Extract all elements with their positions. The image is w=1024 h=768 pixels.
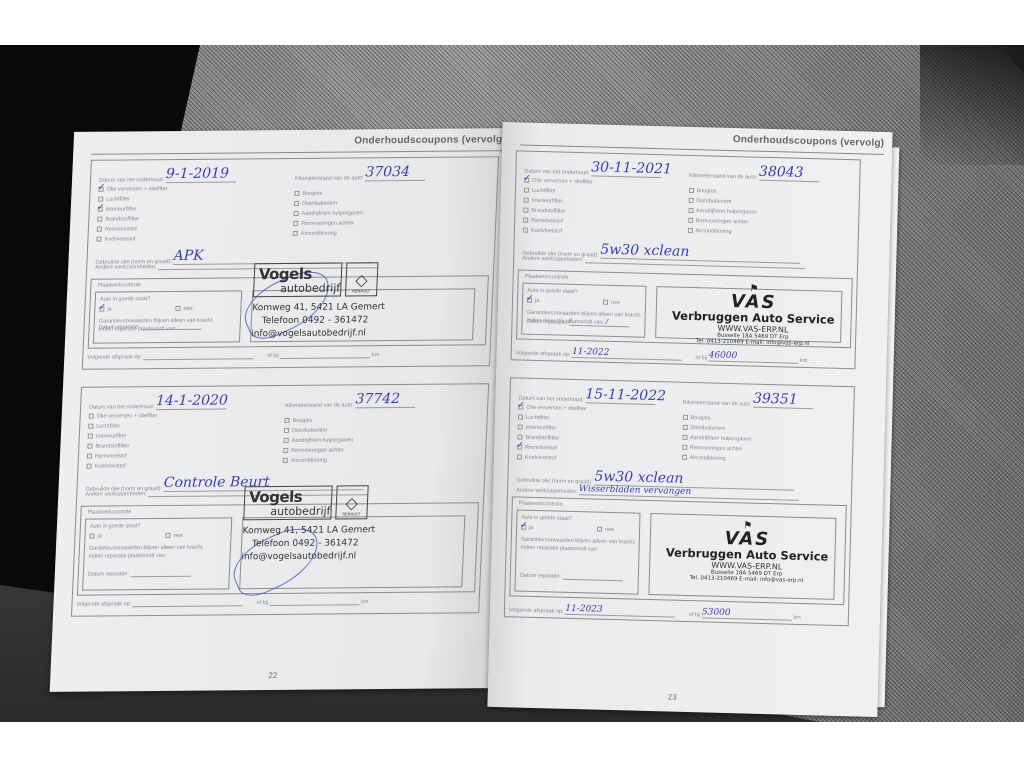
checklist-label: Luchtfilter [106,196,130,202]
mileage-label: Kilometerstand van de auto: [689,173,758,181]
mileage-value: 37742 [355,391,400,407]
checkbox [284,418,289,423]
checkbox [688,218,693,223]
checklist-label: Remvloeistof [525,445,557,452]
repair-date-field [562,579,622,582]
next-appointment-label: Volgende afspraak op: [509,607,564,614]
next-appointment-label: Volgende afspraak op: [76,601,131,607]
next-appointment-value: 11-2023 [565,604,603,615]
checklist-label: Distributieriem [302,201,337,207]
page-header: Onderhoudscoupons (vervolg) [733,134,885,149]
next-km-field: 46000 [708,350,798,363]
checklist-label: Koelvloeistof [94,463,125,469]
yes-label: ja [535,298,539,304]
no-label: nee [183,306,192,312]
checklist-label: Bougies [696,188,716,195]
checklist-label: Remvloeistof [95,453,127,459]
other-work-label: Andere werkzaamheden: [95,264,156,271]
checklist-item: Distributieriem [284,425,354,436]
car-good-label: Auto in goede staat? [521,515,572,522]
yes-label: ja [529,525,533,531]
checkbox [88,434,93,439]
stamp-subtitle: autobedrijf [270,505,331,519]
yes-checkbox [99,307,104,312]
other-work-label: Andere werkzaamheden: [522,256,583,264]
checklist-label: Interieurfilter [96,433,127,439]
mileage-field: 38043 [759,164,819,183]
checklist-label: Koelvloeistof [525,455,556,462]
page-header: Onderhoudscoupons (vervolg) [354,134,506,146]
checkbox [681,455,686,460]
stamp-brand: RENAULT [352,288,370,293]
checkbox [98,207,103,212]
maintenance-booklet: Onderhoudscoupons (vervolg) 22 Datum van… [0,45,1024,722]
next-appointment-field [133,605,243,607]
checkbox [688,208,693,213]
checklist-item: Airconditioning [283,455,353,466]
checklist-label: Olie verversen + oliefilter [97,413,158,420]
checklist-item: Koelvloeistof [86,461,155,472]
date-field: 9-1-2019 [166,166,237,184]
checklist-label: Bougies [302,191,322,197]
checklist-right: BougiesDistributieriemAandrijfriem hulpo… [283,415,355,466]
mileage-row: Kilometerstand van de auto: 39351 [683,389,813,409]
page-right: Onderhoudscoupons (vervolg) 23 Datum van… [487,122,892,717]
checklist-item: Remvoeringen achter [293,218,363,229]
yes-checkbox [89,534,94,539]
checklist-label: Brandstoffilter [525,435,559,442]
renault-logo-icon: ◇RENAULT [345,262,378,296]
checkbox [518,405,523,410]
stamp-email: info@vogelsautobedrijf.nl [241,551,356,562]
checklist-item: Brandstoffilter [87,441,156,452]
other-work-label: Andere werkzaamheden: [516,487,577,495]
checkbox [293,211,298,216]
checklist-label: Brandstoffilter [95,443,129,449]
checklist-label: Koelvloeistof [104,236,135,242]
checklist-item: Aandrijfriem hulporganen [283,435,353,446]
repair-date-field [130,576,190,578]
or-at-label: of bij [689,612,701,618]
checkbox [99,187,104,192]
checklist-item: Airconditioning [292,228,362,239]
checklist-item: Olie verversen + oliefilter [98,184,167,195]
or-at-label: of bij [695,355,707,361]
no-label: nee [173,533,182,539]
no-checkbox [175,306,180,311]
checklist-label: Remvoeringen achter [690,445,743,452]
checklist-item: Brandstoffilter [97,214,166,225]
yes-label: ja [107,307,112,313]
checklist-left: Olie verversen + oliefilterLuchtfilterIn… [86,411,157,472]
checkbox [283,448,288,453]
stamp-address: Komweg 41, 5421 LA Gemert [252,302,385,313]
checklist-label: Olie verversen + oliefilter [526,405,587,413]
warranty-label: Garantievoorwaarden blijven alleen van k… [88,545,203,560]
mileage-row: Kilometerstand van de auto: 38043 [689,162,819,182]
checklist-label: Remvloeistof [531,218,563,225]
photo: Onderhoudscoupons (vervolg) 22 Datum van… [0,45,1024,722]
body-check-form: Auto in goede staat? ja nee Garantievoor… [93,290,242,343]
body-check-title: Plaatwerkcontrole [519,501,563,508]
or-at-label: of bij [256,600,268,606]
checkbox [284,438,289,443]
checklist-label: Interieurfilter [106,206,137,212]
next-km-value: 46000 [709,350,738,361]
checkbox [682,415,687,420]
next-appointment-field: 11-2023 [565,604,675,618]
car-good-label: Auto in goede staat? [100,296,151,302]
checklist-item: Olie verversen + oliefilter [88,411,157,422]
checklist-label: Airconditioning [291,458,327,464]
checkbox [89,414,94,419]
other-work-field [585,262,805,269]
checkbox [97,217,102,222]
maintenance-coupon: Datum van het onderhoud: 15-11-2022 Kilo… [504,377,855,626]
checklist-item: Luchtfilter [98,194,167,205]
mileage-label: Kilometerstand van de auto: [683,400,752,408]
checkbox [518,425,523,430]
checklist-item: Remvloeistof [97,224,166,235]
checklist-left: Olie verversen + oliefilterLuchtfilterIn… [517,403,587,465]
checkbox [524,178,529,183]
body-check-title: Plaatwerkcontrole [97,282,141,288]
checkbox [523,218,528,223]
date-value: 14-1-2020 [156,392,229,409]
mileage-value: 37034 [365,164,410,180]
other-work-value: Wisserbladen vervangen [579,484,692,497]
header-rule [91,150,505,155]
checkbox [688,188,693,193]
checklist-label: Koelvloeistof [531,228,562,235]
no-checkbox [603,300,608,305]
checklist-item: Interieurfilter [98,204,167,215]
warranty-label: Garantievoorwaarden blijven alleen van k… [521,537,636,553]
checklist-item: Remvoeringen achter [283,445,353,456]
checklist-right: BougiesDistributieriemAandrijfriem hulpo… [292,188,364,239]
no-label: nee [605,527,614,533]
checklist-label: Remvloeistof [105,226,137,232]
stamp-email: info@vogelsautobedrijf.nl [251,328,366,339]
next-appointment-field: 11-2022 [572,347,682,361]
checklist-label: Airconditioning [695,228,731,235]
km-label: km [793,615,800,621]
date-field: 30-11-2021 [591,159,661,178]
next-km-value: 53000 [702,607,731,618]
checkbox [293,231,298,236]
stamp-phone: Telefoon 0492 - 361472 [262,315,369,326]
body-check-form: Auto in goede staat? ja nee Garantievoor… [82,517,232,590]
checklist-label: Olie verversen + oliefilter [532,178,593,186]
body-check-title: Plaatwerkcontrole [525,274,569,281]
dealer-stamp-vas: ⚑VASVerbruggen Auto ServiceWWW.VAS-ERP.N… [642,281,864,349]
maintenance-coupon: Datum van het onderhoud: 30-11-2021 Kilo… [510,150,860,369]
checklist-label: Aandrijfriem hulporganen [696,208,758,216]
page-number: 23 [668,693,677,702]
checklist-label: Aandrijfriem hulporganen [292,437,354,444]
stamp-name-box: Vogelsautobedrijf [243,486,333,521]
repair-date-label: Datum reparatie: [98,324,139,330]
checklist-right: BougiesDistributieriemAandrijfriem hulpo… [681,413,752,465]
checklist-right: BougiesDistributieriemAandrijfriem hulpo… [687,186,758,238]
checklist-label: Airconditioning [689,455,725,462]
stamp-address: Komweg 41, 5421 LA Gemert [242,525,375,536]
car-good-label: Auto in goede staat? [90,523,141,529]
checkbox [97,227,102,232]
next-appointment-field [143,358,253,360]
checklist-label: Airconditioning [301,231,337,237]
checklist-label: Brandstoffilter [105,216,139,222]
mileage-row: Kilometerstand van de auto: 37742 [285,391,416,409]
checklist-item: Airconditioning [687,226,757,238]
yes-label: ja [97,534,102,540]
checkbox [87,444,92,449]
checkbox [293,221,298,226]
checklist-label: Interieurfilter [532,198,563,205]
checkbox [524,188,529,193]
checkbox [86,464,91,469]
mileage-field: 39351 [753,391,813,410]
checklist-label: Luchtfilter [96,423,120,429]
yes-checkbox [521,525,526,530]
repair-date-label: Datum reparatie: [88,571,129,577]
checkbox [294,191,299,196]
checklist-label: Aandrijfriem hulporganen [690,435,752,443]
next-appointment-label: Volgende afspraak op: [516,350,571,357]
checkbox [523,208,528,213]
checklist-item: Luchtfilter [88,421,157,432]
checkbox [518,415,523,420]
checkbox [96,237,101,242]
checkbox [284,428,289,433]
repair-date-field: / [569,317,629,328]
checklist-item: Distributieriem [294,198,364,209]
stamp-name: Vogels [249,488,303,506]
checkbox [283,458,288,463]
car-good-label: Auto in goede staat? [527,288,578,295]
no-label: nee [611,300,620,306]
mileage-row: Kilometerstand van de auto: 37034 [295,164,426,182]
body-check-form: Auto in goede staat? ja nee Garantievoor… [521,283,647,338]
checklist-item: Bougies [284,415,354,426]
yes-checkbox [527,298,532,303]
next-appointment-label: Volgende afspraak op: [87,354,142,360]
mileage-value: 39351 [753,391,798,408]
checkbox [523,228,528,233]
checkbox [524,198,529,203]
checklist-item: Koelvloeistof [523,226,592,238]
page-number: 22 [268,671,277,680]
checklist-item: Airconditioning [681,453,751,465]
mileage-field: 37034 [365,164,426,182]
next-km-field [269,604,359,606]
repair-date-mark: / [569,317,572,325]
mileage-label: Kilometerstand van de auto: [295,175,364,182]
or-at-label: of bij [267,353,279,359]
checklist-label: Olie verversen + oliefilter [106,186,167,193]
stamp-name-box: Vogelsautobedrijf [253,263,343,298]
no-checkbox [597,527,602,532]
date-field: 14-1-2020 [156,392,227,410]
checklist-item: Koelvloeistof [517,452,586,464]
checklist-item: Aandrijfriem hulporganen [293,208,363,219]
checkbox [687,228,692,233]
checklist-label: Brandstoffilter [531,208,565,215]
checklist-item: Remvloeistof [87,451,156,462]
checklist-item: Interieurfilter [88,431,157,442]
oil-value: APK [173,248,204,264]
body-check-form: Auto in goede staat? ja nee Garantievoor… [514,509,640,594]
repair-date-label: Datum reparatie: [526,319,567,326]
dealer-stamp-vas: ⚑VASVerbruggen Auto ServiceWWW.VAS-ERP.N… [636,518,858,586]
date-value: 15-11-2022 [585,386,666,404]
date-label: Datum van het onderhoud: [89,404,154,411]
checklist-item: Koelvloeistof [96,234,165,245]
checklist-label: Remvoeringen achter [696,218,749,225]
km-label: km [361,599,369,605]
date-field: 15-11-2022 [585,386,655,405]
next-appointment-value: 11-2022 [572,347,610,358]
checklist-left: Olie verversen + oliefilterLuchtfilterIn… [523,176,593,238]
date-value: 30-11-2021 [591,159,672,177]
stamp-subtitle: autobedrijf [280,282,341,296]
date-value: 9-1-2019 [166,166,230,183]
checkbox [517,455,522,460]
checkbox [294,201,299,206]
checkbox [87,454,92,459]
date-label: Datum van het onderhoud: [99,177,164,184]
maintenance-coupon: Datum van het onderhoud: 9-1-2019 Kilome… [82,156,499,370]
checklist-label: Bougies [292,418,312,424]
mileage-value: 38043 [759,164,804,181]
no-checkbox [165,533,170,538]
stamp-name: Vogels [258,265,312,283]
checklist-label: Distributieriem [292,428,327,434]
checkbox [688,198,693,203]
checkbox [517,445,522,450]
checklist-label: Distributieriem [690,425,725,432]
maintenance-coupon: Datum van het onderhoud: 14-1-2020 Kilom… [71,383,489,617]
checklist-label: Interieurfilter [526,425,557,432]
renault-logo-icon: ◇RENAULT [335,485,368,519]
stamp-phone: Telefoon 0492 - 361472 [252,538,359,549]
checklist-label: Aandrijfriem hulporganen [301,210,363,217]
checkbox [682,445,687,450]
km-label: km [800,358,807,364]
checklist-label: Distributieriem [696,198,731,205]
stamp-brand: RENAULT [342,511,360,516]
checklist-label: Bougies [690,415,710,422]
repair-date-label: Datum reparatie: [520,573,561,580]
checkbox [682,435,687,440]
checklist-item: Bougies [294,188,364,199]
km-label: km [372,352,380,358]
checklist-label: Luchtfilter [532,188,556,195]
checklist-label: Luchtfilter [526,415,550,422]
next-km-field [280,357,370,359]
checkbox [682,425,687,430]
mileage-field: 37742 [355,391,416,409]
checkbox [88,424,93,429]
checklist-label: Remvoeringen achter [291,447,344,453]
checklist-label: Remvoeringen achter [301,220,354,226]
checklist-left: Olie verversen + oliefilterLuchtfilterIn… [96,184,167,245]
mileage-label: Kilometerstand van de auto: [285,402,354,409]
body-check-title: Plaatwerkcontrole [87,509,131,515]
page-left: Onderhoudscoupons (vervolg) 22 Datum van… [50,128,515,692]
other-work-label: Andere werkzaamheden: [85,491,146,498]
next-km-field: 53000 [702,607,792,620]
